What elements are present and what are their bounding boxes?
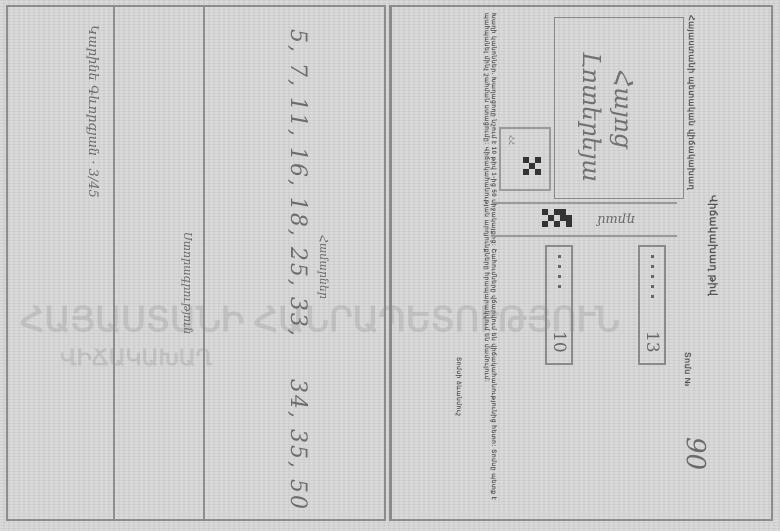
emblem-text: ՀՀ bbox=[507, 135, 515, 145]
box-a-value: 10 bbox=[549, 331, 569, 353]
header-print: Հայաստանի պետական վիճակախաղ bbox=[687, 15, 696, 190]
divider bbox=[492, 235, 677, 237]
divider bbox=[492, 202, 677, 204]
title-line-1: Հայոց bbox=[609, 70, 637, 148]
title-box: Հայոց Լոտերեյա bbox=[554, 17, 684, 199]
emblem-icon bbox=[523, 157, 541, 175]
chosen-numbers-2: 34, 35, 50 bbox=[285, 379, 310, 511]
rules-text: Խաղի կանոններ. Խաղացողը նշում է 10 թիվ 1… bbox=[442, 13, 496, 513]
emblem-box: ՀՀ bbox=[499, 127, 551, 191]
ticket-number: 90 bbox=[680, 437, 710, 470]
dot-marks bbox=[651, 255, 654, 305]
player-name: Կարինե Գևորգյան · 3/45 bbox=[85, 25, 100, 198]
series-label: Վիճակախաղ թիվ bbox=[707, 195, 718, 296]
ticket-main-panel: Խաղի կանոններ. Խաղացողը նշում է 10 թիվ 1… bbox=[389, 5, 773, 521]
price-pattern-icon bbox=[542, 209, 572, 227]
dot-marks bbox=[558, 255, 561, 295]
box-b-value: 13 bbox=[642, 331, 662, 353]
column-divider bbox=[203, 7, 205, 519]
signature-label: Ստորագրություն bbox=[181, 232, 194, 334]
footer-print: Տոմսի ձևանմուշ bbox=[455, 357, 462, 416]
draw-box-b: 13 bbox=[638, 245, 666, 365]
draw-box-a: 10 bbox=[545, 245, 573, 365]
price-label: դրամ bbox=[597, 212, 635, 227]
ticket-stub-panel: Կարինե Գևորգյան · 3/45 Ստորագրություն Հա… bbox=[6, 5, 386, 521]
column-divider bbox=[113, 7, 115, 519]
numbers-label: Համարներ bbox=[317, 235, 330, 299]
chosen-numbers-1: 5, 7, 11, 16, 18, 25, 33, bbox=[285, 29, 310, 338]
title-line-2: Լոտերեյա bbox=[577, 52, 605, 182]
ticket-number-label: Տոմս № bbox=[683, 352, 692, 387]
